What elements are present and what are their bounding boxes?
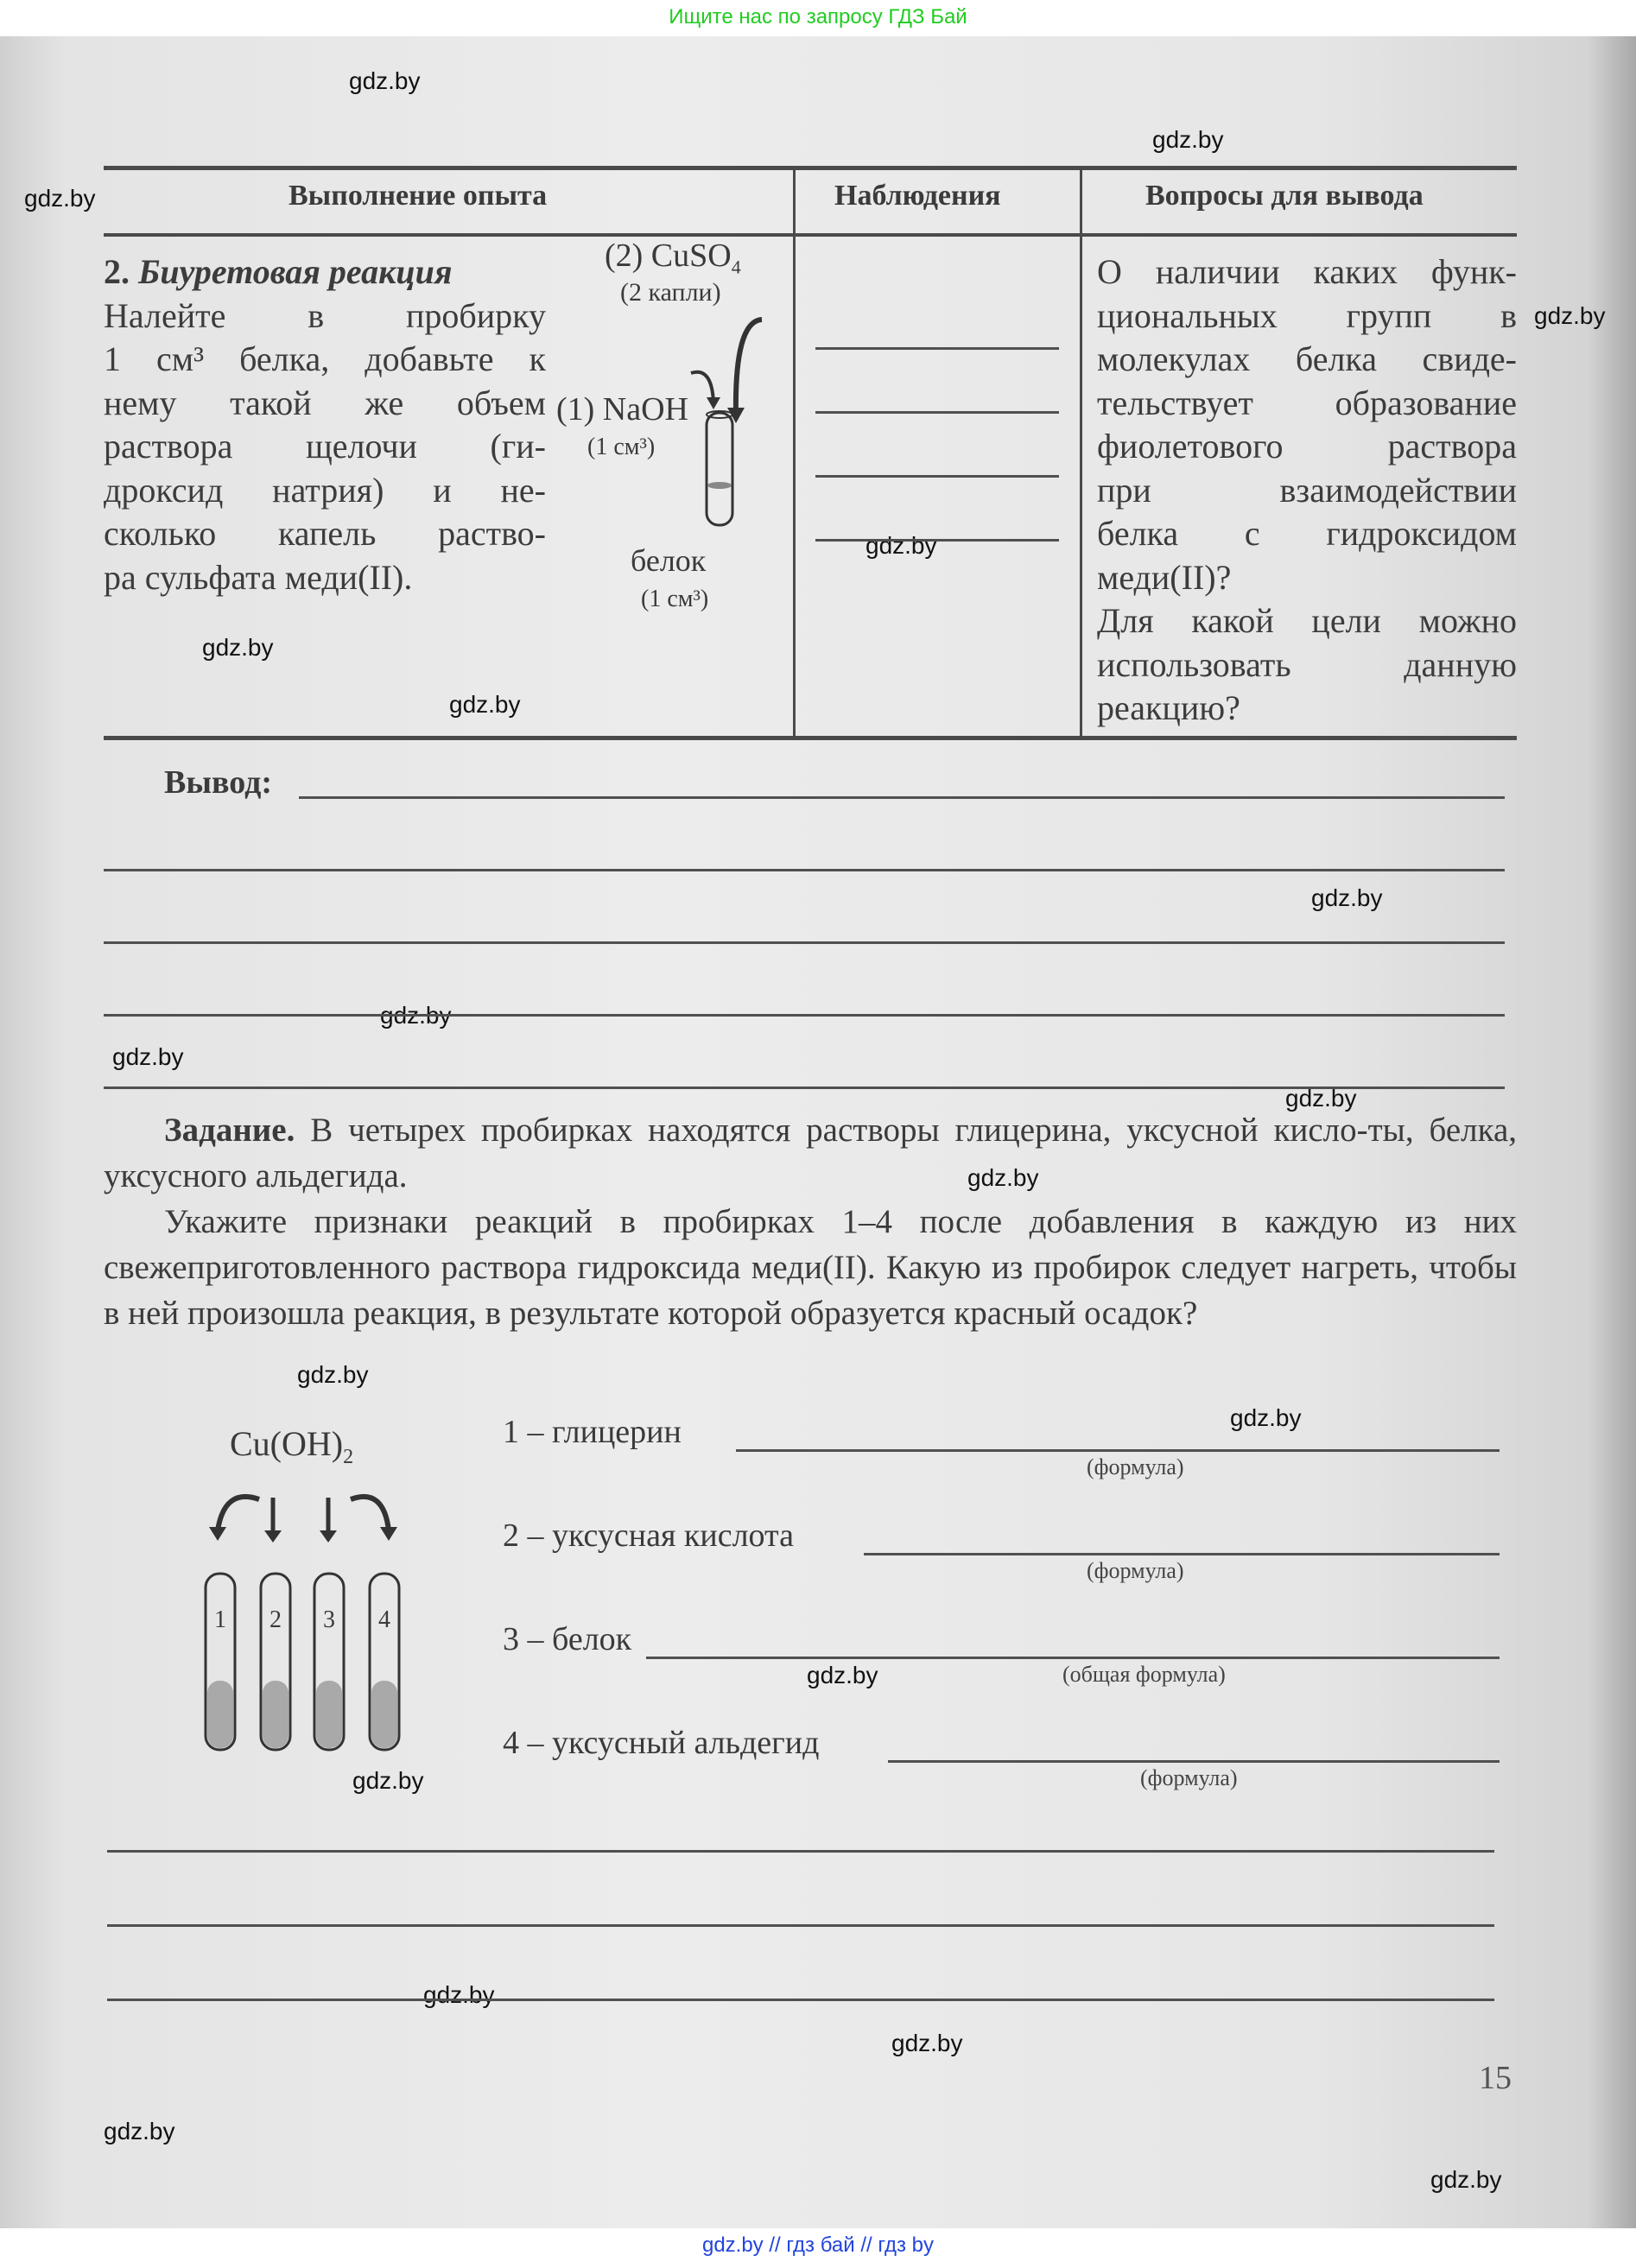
experiment-line: нему такой же объем bbox=[104, 382, 546, 426]
table-header-rule bbox=[104, 233, 1517, 237]
task-item-acetic-acid: 2 – уксусная кислота bbox=[503, 1517, 794, 1555]
sample-protein: белок bbox=[631, 542, 706, 579]
watermark: gdz.by bbox=[1152, 126, 1224, 154]
formula-answer-line[interactable] bbox=[646, 1657, 1500, 1659]
experiment-description: 2. Биуретовая реакция Налейте в пробирку… bbox=[104, 250, 546, 599]
bottom-banner-link[interactable]: gdz.by // гдз бай // гдз by bbox=[702, 2233, 934, 2257]
task-question: Укажите признаки реакций в пробирках 1–4… bbox=[104, 1199, 1517, 1336]
column-header-questions: Вопросы для вывода bbox=[1145, 180, 1424, 212]
experiment-line: раствора щелочи (ги- bbox=[104, 425, 546, 469]
watermark: gdz.by bbox=[24, 185, 96, 212]
watermark: gdz.by bbox=[866, 532, 937, 560]
experiment-line: Налейте в пробирку bbox=[104, 295, 546, 339]
question-line: тельствует образование bbox=[1097, 382, 1517, 426]
experiment-line: 1 см³ белка, добавьте к bbox=[104, 338, 546, 382]
question-line: белка с гидроксидом bbox=[1097, 512, 1517, 556]
formula-caption: (формула) bbox=[1140, 1765, 1238, 1791]
conclusion-questions: О наличии каких функ- циональных групп в… bbox=[1097, 250, 1517, 731]
reagent-cuoh2: Cu(OH)2 bbox=[230, 1423, 353, 1469]
task-answer-line[interactable] bbox=[107, 1924, 1494, 1927]
reagent-cuso4: (2) CuSO4 bbox=[605, 237, 741, 279]
task-intro: Задание. В четырех пробирках находятся р… bbox=[104, 1107, 1517, 1199]
watermark: gdz.by bbox=[349, 67, 421, 95]
reagent-cuso4-amount: (2 капли) bbox=[620, 278, 721, 307]
watermark: gdz.by bbox=[449, 691, 521, 719]
watermark: gdz.by bbox=[104, 2118, 175, 2145]
formula-caption: (общая формула) bbox=[1062, 1662, 1226, 1688]
task-label: Задание. bbox=[164, 1112, 295, 1149]
page-number: 15 bbox=[1479, 2059, 1512, 2097]
bottom-banner: gdz.by // гдз бай // гдз by bbox=[0, 2228, 1636, 2268]
observation-answer-line[interactable] bbox=[815, 411, 1059, 414]
conclusion-answer-line[interactable] bbox=[299, 796, 1505, 799]
watermark: gdz.by bbox=[1230, 1404, 1302, 1432]
top-banner-link[interactable]: Ищите нас по запросу ГДЗ Бай bbox=[669, 5, 967, 29]
tube-number: 3 bbox=[323, 1606, 335, 1634]
sample-protein-amount: (1 см³) bbox=[641, 586, 708, 613]
experiment-line: сколько капель раство- bbox=[104, 512, 546, 556]
question-line: О наличии каких функ- bbox=[1097, 250, 1517, 295]
textbook-page: gdz.by gdz.by gdz.by gdz.by gdz.by gdz.b… bbox=[0, 36, 1636, 2228]
observation-answer-line[interactable] bbox=[815, 347, 1059, 350]
question-line: меди(II)? bbox=[1097, 556, 1517, 600]
question-line: молекулах белка свиде- bbox=[1097, 338, 1517, 382]
column-header-observations: Наблюдения bbox=[834, 180, 1001, 212]
watermark: gdz.by bbox=[1534, 302, 1606, 330]
reagent-naoh-amount: (1 см³) bbox=[587, 434, 655, 461]
question-line: при взаимодействии bbox=[1097, 469, 1517, 513]
top-banner: Ищите нас по запросу ГДЗ Бай bbox=[0, 0, 1636, 36]
table-column-divider bbox=[1080, 166, 1082, 738]
question-line: реакцию? bbox=[1097, 687, 1517, 731]
conclusion-answer-line[interactable] bbox=[104, 1086, 1505, 1089]
watermark: gdz.by bbox=[423, 1981, 495, 2009]
table-column-divider bbox=[793, 166, 796, 738]
formula-answer-line[interactable] bbox=[888, 1760, 1500, 1763]
task-answer-line[interactable] bbox=[107, 1999, 1494, 2001]
tube-number: 1 bbox=[214, 1606, 226, 1634]
watermark: gdz.by bbox=[807, 1662, 878, 1689]
tube-number: 2 bbox=[269, 1606, 282, 1634]
watermark: gdz.by bbox=[297, 1361, 369, 1389]
experiment-line: ра сульфата меди(II). bbox=[104, 556, 546, 600]
watermark: gdz.by bbox=[202, 634, 274, 662]
column-header-experiment: Выполнение опыта bbox=[289, 180, 547, 212]
observation-answer-line[interactable] bbox=[815, 539, 1059, 542]
table-bottom-rule bbox=[104, 736, 1517, 740]
formula-caption: (формула) bbox=[1087, 1454, 1184, 1480]
experiment-title: Биуретовая реакция bbox=[138, 252, 453, 291]
task-answer-line[interactable] bbox=[107, 1850, 1494, 1853]
conclusion-answer-line[interactable] bbox=[104, 941, 1505, 944]
test-tube-figure bbox=[674, 313, 777, 537]
reagent-naoh: (1) NaOH bbox=[556, 390, 688, 428]
conclusion-answer-line[interactable] bbox=[104, 869, 1505, 871]
observation-answer-line[interactable] bbox=[815, 475, 1059, 478]
formula-answer-line[interactable] bbox=[864, 1553, 1500, 1555]
task-item-glycerol: 1 – глицерин bbox=[503, 1413, 682, 1451]
task-item-protein: 3 – белок bbox=[503, 1620, 631, 1658]
conclusion-label: Вывод: bbox=[164, 763, 272, 801]
watermark: gdz.by bbox=[1311, 884, 1383, 912]
question-line: фиолетового раствора bbox=[1097, 425, 1517, 469]
question-line: циональных групп в bbox=[1097, 295, 1517, 339]
question-line: Для какой цели можно bbox=[1097, 599, 1517, 643]
watermark: gdz.by bbox=[112, 1043, 184, 1071]
watermark: gdz.by bbox=[1430, 2166, 1502, 2194]
watermark: gdz.by bbox=[891, 2030, 963, 2057]
four-test-tubes-figure bbox=[199, 1479, 406, 1772]
experiment-line: дроксид натрия) и не- bbox=[104, 469, 546, 513]
question-line: использовать данную bbox=[1097, 643, 1517, 687]
experiment-number: 2. bbox=[104, 252, 130, 291]
formula-caption: (формула) bbox=[1087, 1558, 1184, 1584]
task-item-acetaldehyde: 4 – уксусный альдегид bbox=[503, 1724, 819, 1762]
table-top-rule bbox=[104, 166, 1517, 170]
conclusion-answer-line[interactable] bbox=[104, 1014, 1505, 1017]
formula-answer-line[interactable] bbox=[736, 1449, 1500, 1452]
tube-number: 4 bbox=[378, 1606, 390, 1634]
